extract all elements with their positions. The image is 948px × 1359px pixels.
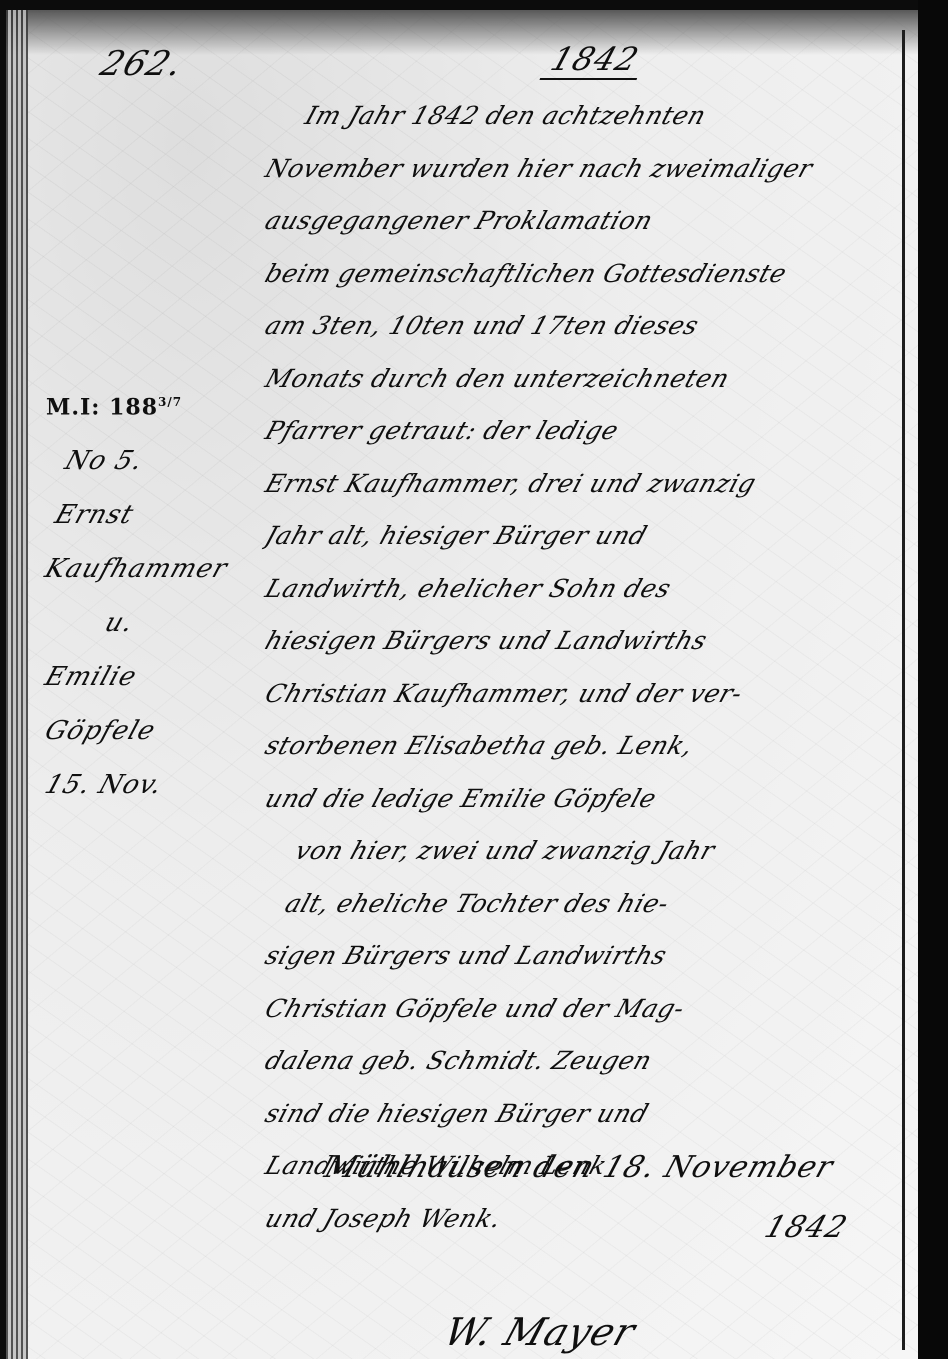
entry-line: Christian Göpfele und der Mag- [257, 983, 904, 1036]
scan-right-border [918, 0, 948, 1359]
closing-year: 1842 [760, 1210, 852, 1245]
year-header: 1842 [540, 40, 650, 80]
entry-line: und die ledige Emilie Göpfele [257, 773, 904, 826]
margin-bride-last: Göpfele [37, 704, 255, 758]
binding-edge [6, 10, 28, 1359]
entry-line: Jahr alt, hiesiger Bürger und [257, 510, 904, 563]
place-and-date: Mühlhausen den 18. November [320, 1150, 838, 1185]
entry-line: sind die hiesigen Bürger und [257, 1088, 904, 1141]
entry-line: alt, eheliche Tochter des hie- [257, 878, 904, 931]
entry-line: storbenen Elisabetha geb. Lenk, [257, 720, 904, 773]
entry-line: Ernst Kaufhammer, drei und zwanzig [257, 458, 904, 511]
entry-line: hiesigen Bürgers und Landwirths [257, 615, 904, 668]
entry-line: dalena geb. Schmidt. Zeugen [257, 1035, 904, 1088]
margin-column: M.I: 1883/7 No 5. Ernst Kaufhammer u. Em… [46, 375, 246, 812]
margin-groom-last: Kaufhammer [37, 542, 255, 596]
entry-line: Monats durch den unterzeichneten [257, 353, 904, 406]
margin-bride-first: Emilie [37, 650, 255, 704]
entry-line: am 3ten, 10ten und 17ten dieses [257, 300, 904, 353]
register-page: 262. 1842 M.I: 1883/7 No 5. Ernst Kaufha… [6, 10, 924, 1359]
margin-date: 15. Nov. [37, 758, 255, 812]
entry-line: Im Jahr 1842 den achtzehnten [257, 90, 904, 143]
page-number: 262. [96, 44, 189, 84]
entry-line: Landwirth, ehelicher Sohn des [257, 563, 904, 616]
entry-line: von hier, zwei und zwanzig Jahr [257, 825, 904, 878]
margin-reference: M.I: 1883/7 [46, 375, 246, 434]
entry-line: sigen Bürgers und Landwirths [257, 930, 904, 983]
margin-entry-number: No 5. [57, 434, 275, 488]
margin-reference-superscript: 3/7 [158, 395, 182, 409]
margin-groom-first: Ernst [47, 488, 265, 542]
margin-reference-text: M.I: 188 [46, 394, 158, 420]
entry-line: beim gemeinschaftlichen Gottesdienste [257, 248, 904, 301]
entry-line: November wurden hier nach zweimaliger [257, 143, 904, 196]
pastor-signature: W. Mayer [439, 1310, 642, 1354]
entry-line: Pfarrer getraut: der ledige [257, 405, 904, 458]
entry-line: Christian Kaufhammer, und der ver- [257, 668, 904, 721]
entry-body: Im Jahr 1842 den achtzehnten November wu… [266, 90, 896, 1245]
right-margin-rule [902, 30, 905, 1350]
entry-line: ausgegangener Proklamation [257, 195, 904, 248]
